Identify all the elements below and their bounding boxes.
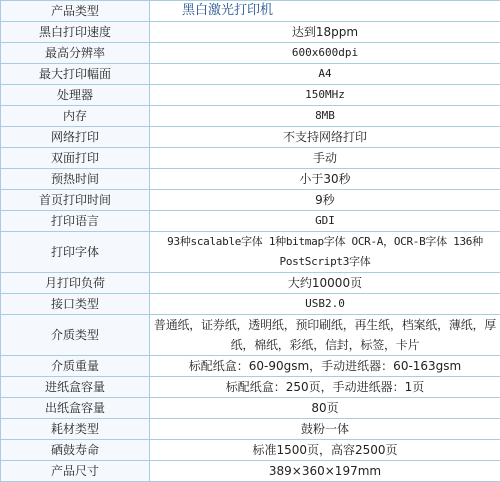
spec-label-memory: 内存 xyxy=(1,106,150,127)
table-row: 硒鼓寿命 标准1500页，高容2500页 xyxy=(1,440,500,461)
spec-label-input-capacity: 进纸盒容量 xyxy=(1,377,150,398)
spec-label-print-language: 打印语言 xyxy=(1,211,150,232)
spec-label-processor: 处理器 xyxy=(1,85,150,106)
spec-value-product-type: 黑白激光打印机 xyxy=(150,1,500,22)
table-row: 最高分辨率 600x600dpi xyxy=(1,43,500,64)
spec-label-media-type: 介质类型 xyxy=(1,315,150,356)
spec-label-product-type: 产品类型 xyxy=(1,1,150,22)
table-row: 介质类型 普通纸，证券纸，透明纸，预印刷纸，再生纸，档案纸，薄纸，厚纸，棉纸，彩… xyxy=(1,315,500,356)
spec-value-duplex: 手动 xyxy=(150,148,500,169)
spec-value-media-weight: 标配纸盒：60-90gsm，手动进纸器：60-163gsm xyxy=(150,356,500,377)
table-row: 黑白打印速度 达到18ppm xyxy=(1,22,500,43)
spec-label-network-print: 网络打印 xyxy=(1,127,150,148)
spec-label-warmup-time: 预热时间 xyxy=(1,169,150,190)
spec-label-interface: 接口类型 xyxy=(1,294,150,315)
spec-label-resolution: 最高分辨率 xyxy=(1,43,150,64)
spec-value-output-capacity: 80页 xyxy=(150,398,500,419)
table-row: 首页打印时间 9秒 xyxy=(1,190,500,211)
spec-label-print-speed: 黑白打印速度 xyxy=(1,22,150,43)
spec-value-warmup-time: 小于30秒 xyxy=(150,169,500,190)
spec-value-memory: 8MB xyxy=(150,106,500,127)
table-row: 进纸盒容量 标配纸盒：250页，手动进纸器：1页 xyxy=(1,377,500,398)
table-row: 最大打印幅面 A4 xyxy=(1,64,500,85)
spec-label-monthly-duty: 月打印负荷 xyxy=(1,273,150,294)
spec-label-drum-life: 硒鼓寿命 xyxy=(1,440,150,461)
spec-value-interface: USB2.0 xyxy=(150,294,500,315)
table-row: 月打印负荷 大约10000页 xyxy=(1,273,500,294)
table-row: 介质重量 标配纸盒：60-90gsm，手动进纸器：60-163gsm xyxy=(1,356,500,377)
spec-value-processor: 150MHz xyxy=(150,85,500,106)
table-row: 预热时间 小于30秒 xyxy=(1,169,500,190)
spec-label-duplex: 双面打印 xyxy=(1,148,150,169)
spec-value-consumable-type: 鼓粉一体 xyxy=(150,419,500,440)
table-row: 耗材类型 鼓粉一体 xyxy=(1,419,500,440)
table-row: 出纸盒容量 80页 xyxy=(1,398,500,419)
table-row: 打印字体 93种scalable字体 1种bitmap字体 OCR-A，OCR-… xyxy=(1,232,500,273)
table-row: 产品类型 黑白激光打印机 xyxy=(1,1,500,22)
spec-value-resolution: 600x600dpi xyxy=(150,43,500,64)
spec-label-output-capacity: 出纸盒容量 xyxy=(1,398,150,419)
table-row: 打印语言 GDI xyxy=(1,211,500,232)
table-row: 双面打印 手动 xyxy=(1,148,500,169)
table-row: 产品尺寸 389×360×197mm xyxy=(1,461,500,482)
spec-value-print-speed: 达到18ppm xyxy=(150,22,500,43)
spec-value-monthly-duty: 大约10000页 xyxy=(150,273,500,294)
spec-value-dimensions: 389×360×197mm xyxy=(150,461,500,482)
spec-value-input-capacity: 标配纸盒：250页，手动进纸器：1页 xyxy=(150,377,500,398)
spec-value-max-paper-size: A4 xyxy=(150,64,500,85)
spec-label-consumable-type: 耗材类型 xyxy=(1,419,150,440)
spec-value-media-type: 普通纸，证券纸，透明纸，预印刷纸，再生纸，档案纸，薄纸，厚纸，棉纸，彩纸，信封，… xyxy=(150,315,500,356)
spec-label-fonts: 打印字体 xyxy=(1,232,150,273)
spec-value-network-print: 不支持网络打印 xyxy=(150,127,500,148)
spec-value-fonts: 93种scalable字体 1种bitmap字体 OCR-A，OCR-B字体 1… xyxy=(150,232,500,273)
spec-value-print-language: GDI xyxy=(150,211,500,232)
printer-spec-table: 产品类型 黑白激光打印机 黑白打印速度 达到18ppm 最高分辨率 600x60… xyxy=(0,0,500,482)
spec-label-media-weight: 介质重量 xyxy=(1,356,150,377)
table-row: 网络打印 不支持网络打印 xyxy=(1,127,500,148)
spec-value-first-page-time: 9秒 xyxy=(150,190,500,211)
spec-label-dimensions: 产品尺寸 xyxy=(1,461,150,482)
spec-label-first-page-time: 首页打印时间 xyxy=(1,190,150,211)
spec-label-max-paper-size: 最大打印幅面 xyxy=(1,64,150,85)
table-row: 接口类型 USB2.0 xyxy=(1,294,500,315)
table-row: 内存 8MB xyxy=(1,106,500,127)
spec-value-drum-life: 标准1500页，高容2500页 xyxy=(150,440,500,461)
table-row: 处理器 150MHz xyxy=(1,85,500,106)
